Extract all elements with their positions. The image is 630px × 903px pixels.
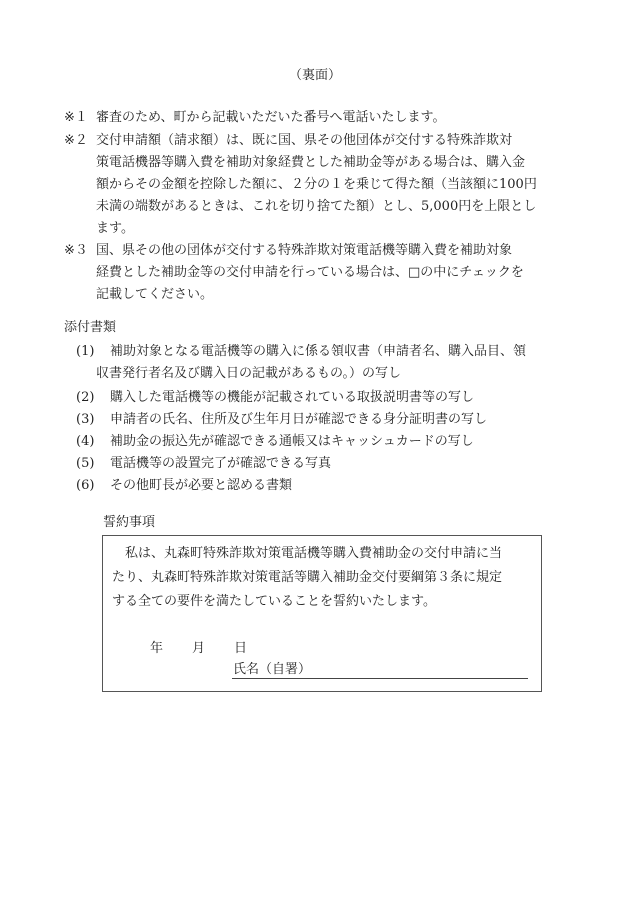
note-mark: ※３	[64, 243, 88, 259]
note-text: 国、県その他の団体が交付する特殊詐欺対策電話機等購入費を補助対象	[96, 243, 512, 259]
attachment-text: 収書発行者名及び購入日の記載があるもの。）の写し	[96, 366, 401, 382]
attachments-heading: 添付書類	[64, 320, 116, 336]
note-text: 交付申請額（請求額）は、既に国、県その他団体が交付する特殊詐欺対	[96, 133, 512, 149]
attachment-number: (2)	[76, 390, 94, 406]
attachment-text: 補助金の振込先が確認できる通帳又はキャッシュカードの写し	[110, 434, 474, 450]
attachment-text: 購入した電話機等の機能が記載されている取扱説明書等の写し	[110, 390, 474, 406]
signature-label: 氏名（自署）	[233, 662, 311, 678]
page-title: （裏面）	[0, 68, 630, 84]
attachment-text: その他町長が必要と認める書類	[110, 478, 292, 494]
attachment-number: (4)	[76, 434, 94, 450]
note-text: 額からその金額を控除した額に、２分の１を乗じて得た額（当該額に100円	[96, 177, 537, 193]
note-mark: ※１	[64, 110, 88, 126]
attachment-number: (6)	[76, 478, 94, 494]
note-text: ます。	[96, 221, 134, 237]
signature-field[interactable]	[232, 678, 528, 679]
note-text: 審査のため、町から記載いただいた番号へ電話いたします。	[96, 110, 445, 126]
date-month-field[interactable]: 月	[192, 641, 205, 657]
pledge-text: 私は、丸森町特殊詐欺対策電話機等購入費補助金の交付申請に当	[112, 546, 502, 562]
attachment-number: (3)	[76, 412, 94, 428]
pledge-text: する全ての要件を満たしていることを誓約いたします。	[112, 594, 436, 610]
note-mark: ※２	[64, 133, 88, 149]
attachment-number: (5)	[76, 456, 94, 472]
note-text: 策電話機器等購入費を補助対象経費とした補助金等がある場合は、購入金	[96, 155, 525, 171]
date-day-field[interactable]: 日	[234, 641, 247, 657]
note-text: 未満の端数があるときは、これを切り捨てた額）とし、5,000円を上限とし	[96, 199, 536, 215]
note-text: 経費とした補助金等の交付申請を行っている場合は、□の中にチェックを	[96, 265, 524, 281]
attachment-text: 電話機等の設置完了が確認できる写真	[110, 456, 331, 472]
note-text: 記載してください。	[96, 287, 213, 303]
attachment-text: 申請者の氏名、住所及び生年月日が確認できる身分証明書の写し	[110, 412, 487, 428]
pledge-text: たり、丸森町特殊詐欺対策電話等購入補助金交付要綱第３条に規定	[112, 570, 502, 586]
attachment-number: (1)	[76, 344, 94, 360]
pledge-heading: 誓約事項	[103, 515, 155, 531]
attachment-text: 補助対象となる電話機等の購入に係る領収書（申請者名、購入品目、領	[110, 344, 526, 360]
date-year-field[interactable]: 年	[150, 641, 163, 657]
